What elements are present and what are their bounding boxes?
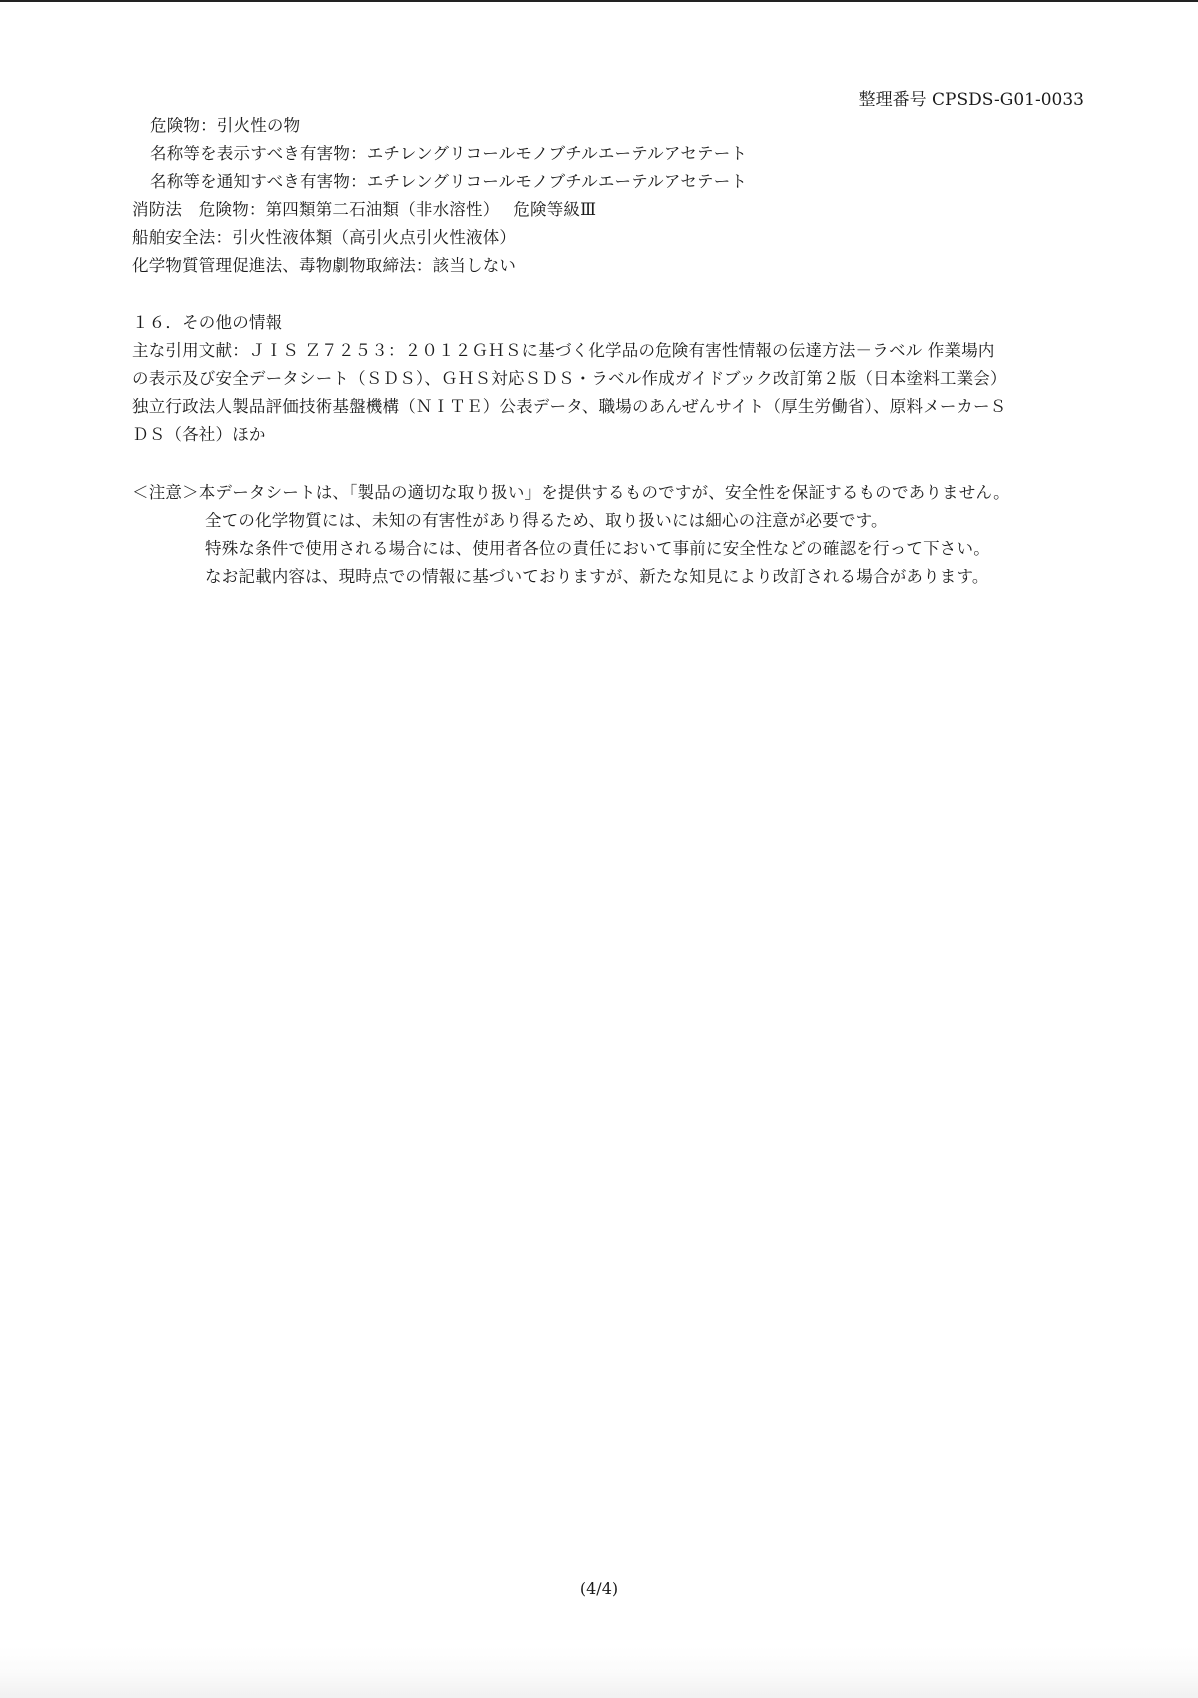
viewer-bottom-shadow [0,1646,1198,1698]
references-line: 主な引用文献：ＪＩＳ Ｚ７２５３：２０１２ＧＨＳに基づく化学品の危険有害性情報の… [132,340,995,362]
regulation-line-fire-service-act: 消防法 危険物：第四類第二石油類（非水溶性） 危険等級Ⅲ [132,199,596,221]
references-line: の表示及び安全データシート（ＳＤＳ）、ＧＨＳ対応ＳＤＳ・ラベル作成ガイドブック改… [132,368,1007,390]
notice-line: なお記載内容は、現時点での情報に基づいておりますが、新たな知見により改訂される場… [205,566,989,588]
regulation-line-hazardous-material: 危険物：引火性の物 [150,115,300,137]
regulation-line-notify-substance: 名称等を通知すべき有害物：エチレングリコールモノブチルエーテルアセテート [150,171,747,193]
document-page: 整理番号 CPSDS-G01-0033 危険物：引火性の物 名称等を表示すべき有… [0,0,1198,1698]
notice-line: 特殊な条件で使用される場合には、使用者各位の責任において事前に安全性などの確認を… [205,538,990,560]
document-number: 整理番号 CPSDS-G01-0033 [859,89,1084,111]
references-line: 独立行政法人製品評価技術基盤機構（ＮＩＴＥ）公表データ、職場のあんぜんサイト（厚… [132,396,1006,418]
page-indicator: (4/4) [0,1578,1198,1600]
notice-line: 全ての化学物質には、未知の有害性があり得るため、取り扱いには細心の注意が必要です… [205,510,888,532]
regulation-line-ship-safety-act: 船舶安全法：引火性液体類（高引火点引火性液体） [132,227,516,249]
section-heading: １６．その他の情報 [132,312,282,334]
regulation-line-label-substance: 名称等を表示すべき有害物：エチレングリコールモノブチルエーテルアセテート [150,143,747,165]
references-line: ＤＳ（各社）ほか [132,424,266,446]
notice-line: ＜注意＞本データシートは、「製品の適切な取り扱い」を提供するものですが、安全性を… [132,482,1010,504]
regulation-line-prtr-poison: 化学物質管理促進法、毒物劇物取締法：該当しない [132,255,516,277]
